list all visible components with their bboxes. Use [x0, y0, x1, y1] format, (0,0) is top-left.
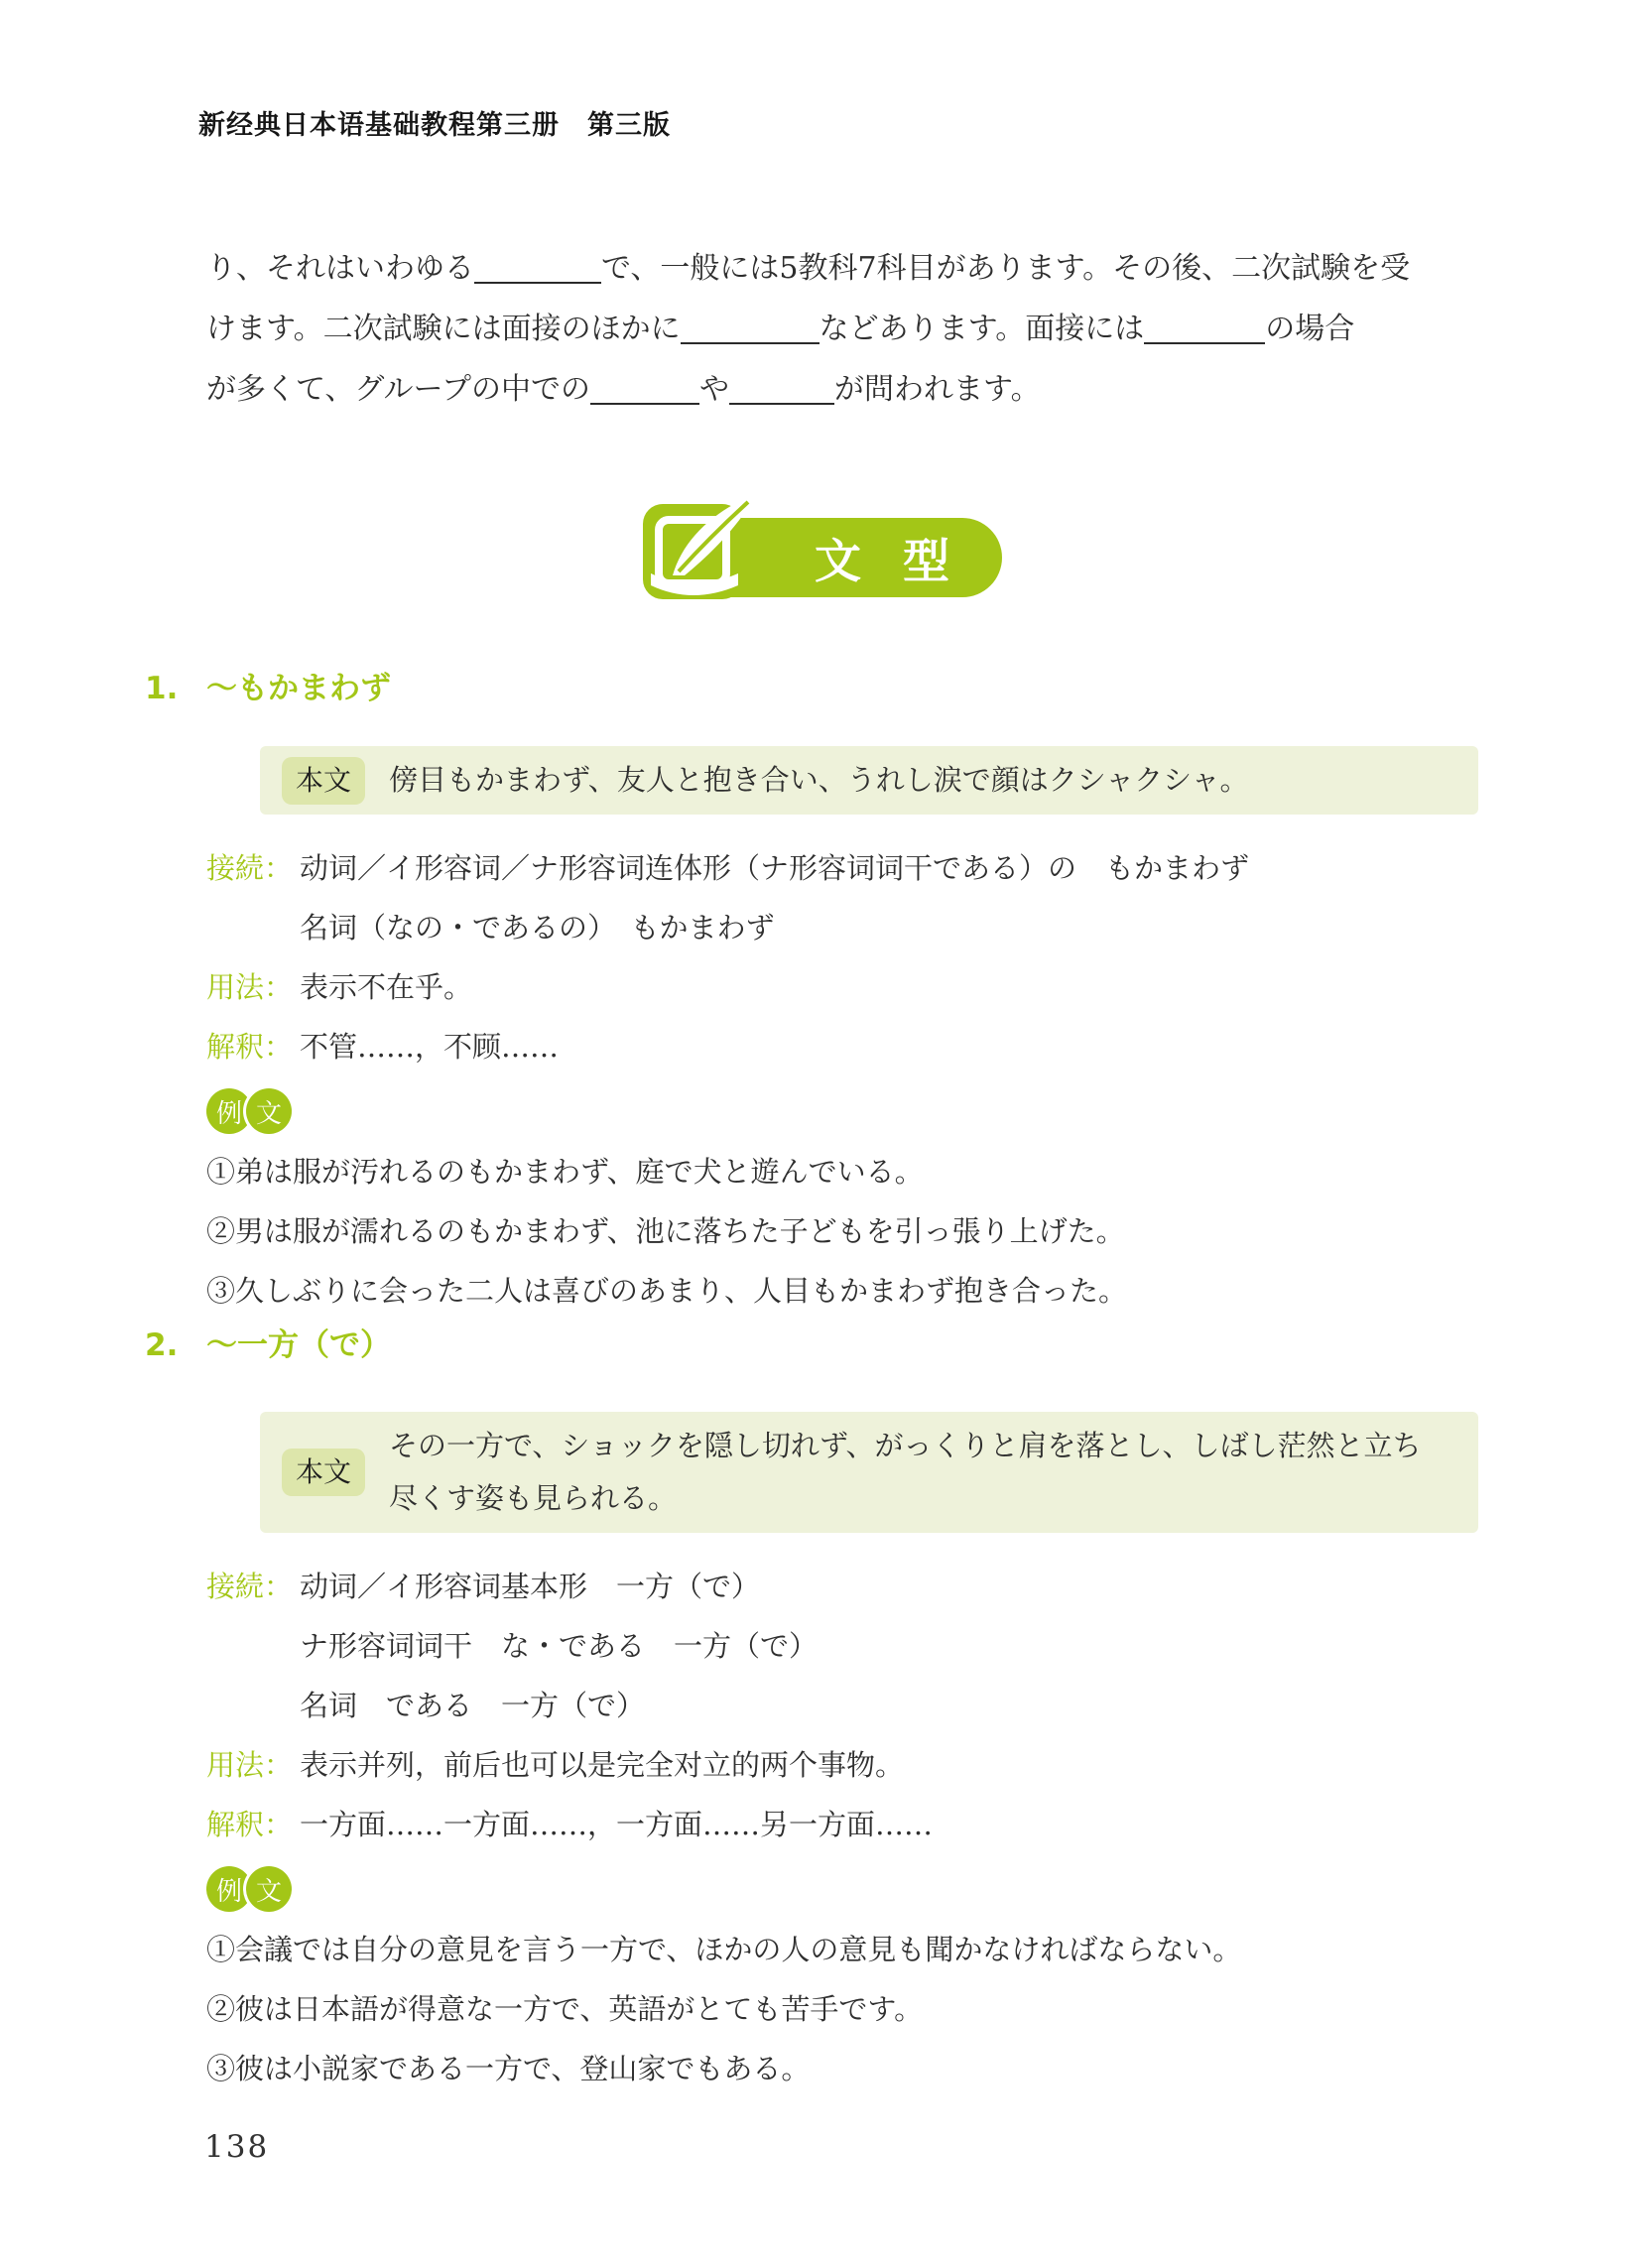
section-2-body: 本文 その一方で、ショックを隠し切れず、がっくりと肩を落とし、しばし茫然と立ち …: [206, 1412, 1486, 2098]
setsuzoku-text: ナ形容词词干 な・である 一方（で）: [300, 1629, 818, 1663]
section-2-heading: 2.～一方（で）: [145, 1320, 391, 1364]
example-sentence: ①会議では自分の意見を言う一方で、ほかの人の意見も聞かなければならない。: [206, 1920, 1486, 1979]
section-1-number: 1.: [145, 671, 206, 706]
kaishaku-text: 不管……，不顾……: [300, 1030, 559, 1064]
honbun-line: 尽くす姿も見られる。: [389, 1472, 1422, 1525]
book-title-header: 新经典日本语基础教程第三册 第三版: [198, 103, 671, 142]
intro-text: などあります。面接には: [820, 312, 1145, 346]
honbun-label: 本文: [282, 757, 365, 805]
setsuzoku-text: 名词 である 一方（で）: [300, 1689, 645, 1722]
section-2-number: 2.: [145, 1327, 206, 1363]
example-sentence: ③久しぶりに会った二人は喜びのあまり、人目もかまわず抱き合った。: [206, 1261, 1486, 1321]
intro-text: で、一般には5教科7科目があります。その後、二次試験を受: [601, 251, 1410, 286]
fill-in-blank: [1144, 313, 1265, 344]
example-sentence: ①弟は服が汚れるのもかまわず、庭で犬と遊んでいる。: [206, 1142, 1486, 1201]
honbun-label: 本文: [282, 1449, 365, 1496]
setsuzoku-text: 名词（なの・であるの） もかまわず: [300, 911, 775, 945]
yoho-term: 用法：: [206, 1735, 300, 1795]
honbun-text: その一方で、ショックを隠し切れず、がっくりと肩を落とし、しばし茫然と立ち 尽くす…: [389, 1420, 1422, 1525]
setsuzoku-term: 接続：: [206, 1557, 300, 1616]
yoho-line: 用法：表示不在乎。: [206, 957, 1486, 1017]
honbun-text: 傍目もかまわず、友人と抱き合い、うれし涙で顔はクシャクシャ。: [389, 754, 1249, 807]
section-2-title: ～一方（で）: [206, 1327, 391, 1363]
setsuzoku-line: 接続：动词／イ形容词基本形 一方（で）: [206, 1557, 1486, 1616]
bunkei-section-badge: 文型: [635, 488, 1008, 609]
fill-in-blank: [729, 373, 834, 405]
intro-text: が多くて、グループの中での: [206, 372, 590, 407]
quill-book-icon: [635, 488, 766, 609]
yoho-text: 表示不在乎。: [300, 970, 472, 1004]
yoho-line: 用法：表示并列，前后也可以是完全对立的两个事物。: [206, 1735, 1486, 1795]
setsuzoku-line: 名词（なの・であるの） もかまわず: [206, 898, 1486, 957]
fill-in-blank: [590, 373, 699, 405]
reibun-circle-2: 文: [246, 1866, 292, 1912]
intro-text: や: [699, 372, 729, 407]
yoho-term: 用法：: [206, 957, 300, 1017]
intro-line-2: けます。二次試験には面接のほかになどあります。面接にはの場合: [206, 299, 1451, 359]
intro-text: の場合: [1265, 312, 1354, 346]
intro-text: が問われます。: [834, 372, 1041, 407]
intro-text: けます。二次試験には面接のほかに: [206, 312, 681, 346]
intro-line-1: り、それはいわゆるで、一般には5教科7科目があります。その後、二次試験を受: [206, 238, 1451, 299]
fill-in-blank: [474, 252, 601, 284]
kaishaku-term: 解釈：: [206, 1795, 300, 1854]
setsuzoku-text: 动词／イ形容词／ナ形容词连体形（ナ形容词词干である）の もかまわず: [300, 851, 1249, 885]
kaishaku-line: 解釈：一方面……一方面……，一方面……另一方面……: [206, 1795, 1486, 1854]
kaishaku-term: 解釈：: [206, 1017, 300, 1076]
reibun-circle-2: 文: [246, 1088, 292, 1134]
example-sentence: ②彼は日本語が得意な一方で、英語がとても苦手です。: [206, 1979, 1486, 2039]
intro-text: り、それはいわゆる: [206, 251, 474, 286]
setsuzoku-line: ナ形容词词干 な・である 一方（で）: [206, 1616, 1486, 1676]
example-sentence: ③彼は小説家である一方で、登山家でもある。: [206, 2039, 1486, 2098]
intro-paragraph: り、それはいわゆるで、一般には5教科7科目があります。その後、二次試験を受 けま…: [206, 238, 1451, 420]
example-sentence: ②男は服が濡れるのもかまわず、池に落ちた子どもを引っ張り上げた。: [206, 1201, 1486, 1261]
intro-line-3: が多くて、グループの中でのやが問われます。: [206, 359, 1451, 420]
setsuzoku-line: 接続：动词／イ形容词／ナ形容词连体形（ナ形容词词干である）の もかまわず: [206, 838, 1486, 898]
setsuzoku-text: 动词／イ形容词基本形 一方（で）: [300, 1570, 760, 1603]
reibun-badge: 例 文: [206, 1086, 1486, 1136]
section-1-title: ～もかまわず: [206, 671, 391, 706]
fill-in-blank: [681, 313, 820, 344]
honbun-line: その一方で、ショックを隠し切れず、がっくりと肩を落とし、しばし茫然と立ち: [389, 1420, 1422, 1472]
setsuzoku-term: 接続：: [206, 838, 300, 898]
reibun-badge: 例 文: [206, 1864, 1486, 1914]
kaishaku-text: 一方面……一方面……，一方面……另一方面……: [300, 1808, 933, 1841]
kaishaku-line: 解釈：不管……，不顾……: [206, 1017, 1486, 1076]
honbun-box: 本文 傍目もかまわず、友人と抱き合い、うれし涙で顔はクシャクシャ。: [260, 746, 1478, 815]
honbun-line: 傍目もかまわず、友人と抱き合い、うれし涙で顔はクシャクシャ。: [389, 754, 1249, 807]
page-number: 138: [204, 2129, 269, 2165]
yoho-text: 表示并列，前后也可以是完全对立的两个事物。: [300, 1748, 904, 1782]
section-1-heading: 1.～もかまわず: [145, 663, 391, 707]
setsuzoku-line: 名词 である 一方（で）: [206, 1676, 1486, 1735]
honbun-box: 本文 その一方で、ショックを隠し切れず、がっくりと肩を落とし、しばし茫然と立ち …: [260, 1412, 1478, 1533]
section-1-body: 本文 傍目もかまわず、友人と抱き合い、うれし涙で顔はクシャクシャ。 接続：动词／…: [206, 746, 1486, 1321]
